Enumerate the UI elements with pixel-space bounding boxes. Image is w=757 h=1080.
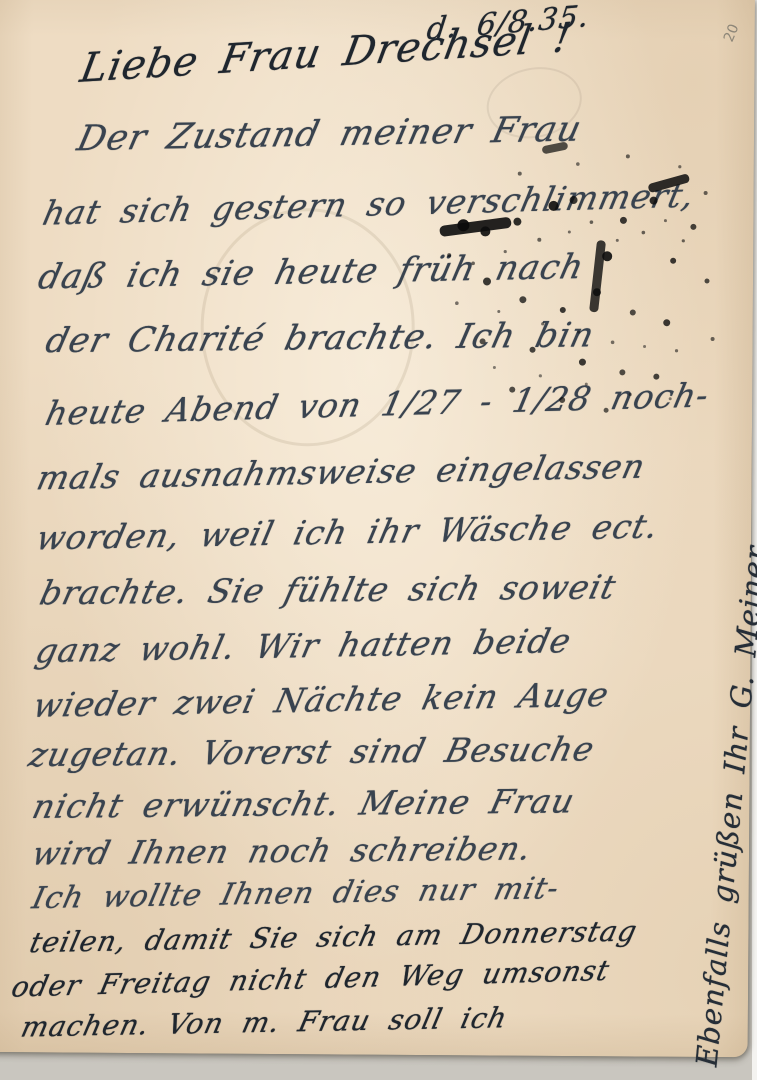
pencil-catalog-number: 20	[721, 22, 743, 45]
letter-paper: d. 6/8.35. Liebe Frau Drechsel ! Der Zus…	[0, 0, 755, 1057]
handwritten-line-13: wird Ihnen noch schreiben.	[28, 829, 535, 872]
handwritten-line-17: machen. Von m. Frau soll ich	[18, 1001, 511, 1043]
handwritten-line-16: oder Freitag nicht den Weg umsonst	[9, 954, 613, 1004]
handwritten-line-11: zugetan. Vorerst sind Besuche	[25, 729, 599, 774]
margin-signature-note: Ebenfalls grüßen Ihr G. Meiner	[690, 544, 757, 1068]
handwritten-line-7: worden, weil ich ihr Wäsche ect.	[33, 506, 663, 557]
handwritten-line-6: mals ausnahmsweise eingelassen	[33, 447, 649, 498]
handwritten-line-8: brachte. Sie fühlte sich soweit	[36, 567, 620, 612]
handwritten-line-14: Ich wollte Ihnen dies nur mit-	[29, 871, 563, 916]
handwritten-line-15: teilen, damit Sie sich am Donnerstag	[27, 914, 641, 959]
ink-smudge-overlay	[420, 135, 734, 437]
handwritten-line-9: ganz wohl. Wir hatten beide	[32, 621, 575, 670]
scanned-letter-image: d. 6/8.35. Liebe Frau Drechsel ! Der Zus…	[0, 0, 757, 1080]
handwritten-line-10: wieder zwei Nächte kein Auge	[30, 675, 613, 725]
handwritten-line-12: nicht erwünscht. Meine Frau	[29, 781, 579, 826]
